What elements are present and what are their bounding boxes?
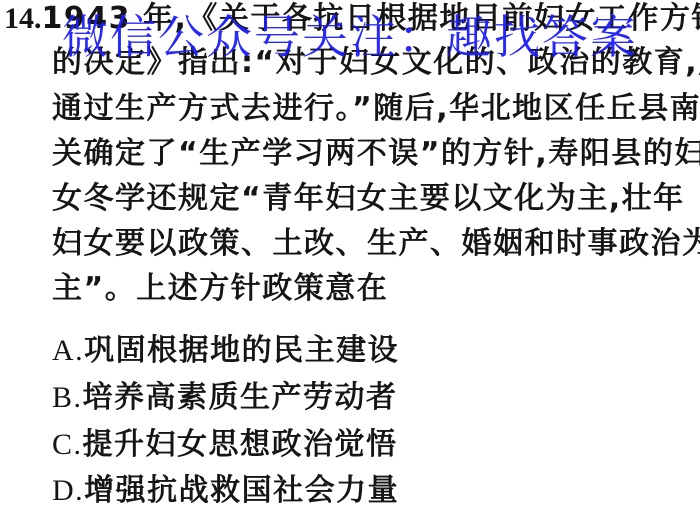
option-text: 提升妇女思想政治觉悟 xyxy=(83,427,398,462)
option-c[interactable]: C.提升妇女思想政治觉悟 xyxy=(52,428,398,462)
option-text: 培养高素质生产劳动者 xyxy=(83,380,398,415)
stem-line-2: 的决定》指出:“对于妇女文化的、政治的教育,应 xyxy=(52,46,700,80)
stem-text: 1943 年,《关于各抗日根据地目前妇女工作方针 xyxy=(42,1,700,36)
stem-line-6: 妇女要以政策、土改、生产、婚姻和时事政治为 xyxy=(52,227,700,261)
stem-line-4: 关确定了“生产学习两不误”的方针,寿阳县的妇 xyxy=(52,137,700,171)
option-b[interactable]: B.培养高素质生产劳动者 xyxy=(52,381,398,415)
stem-line-7: 主”。上述方针政策意在 xyxy=(52,272,388,306)
stem-line-1: 14.1943 年,《关于各抗日根据地目前妇女工作方针 xyxy=(4,2,700,36)
option-d[interactable]: D.增强抗战救国社会力量 xyxy=(52,474,399,508)
option-letter: C. xyxy=(52,428,83,461)
stem-line-5: 女冬学还规定“青年妇女主要以文化为主,壮年 xyxy=(52,182,685,216)
option-a[interactable]: A.巩固根据地的民主建设 xyxy=(52,334,399,368)
option-letter: D. xyxy=(52,474,84,507)
question-number: 14. xyxy=(4,2,42,35)
option-letter: B. xyxy=(52,381,83,414)
stem-line-3: 通过生产方式去进行。”随后,华北地区任丘县南 xyxy=(52,92,700,126)
option-letter: A. xyxy=(52,334,84,367)
option-text: 巩固根据地的民主建设 xyxy=(84,333,399,368)
option-text: 增强抗战救国社会力量 xyxy=(84,473,399,508)
